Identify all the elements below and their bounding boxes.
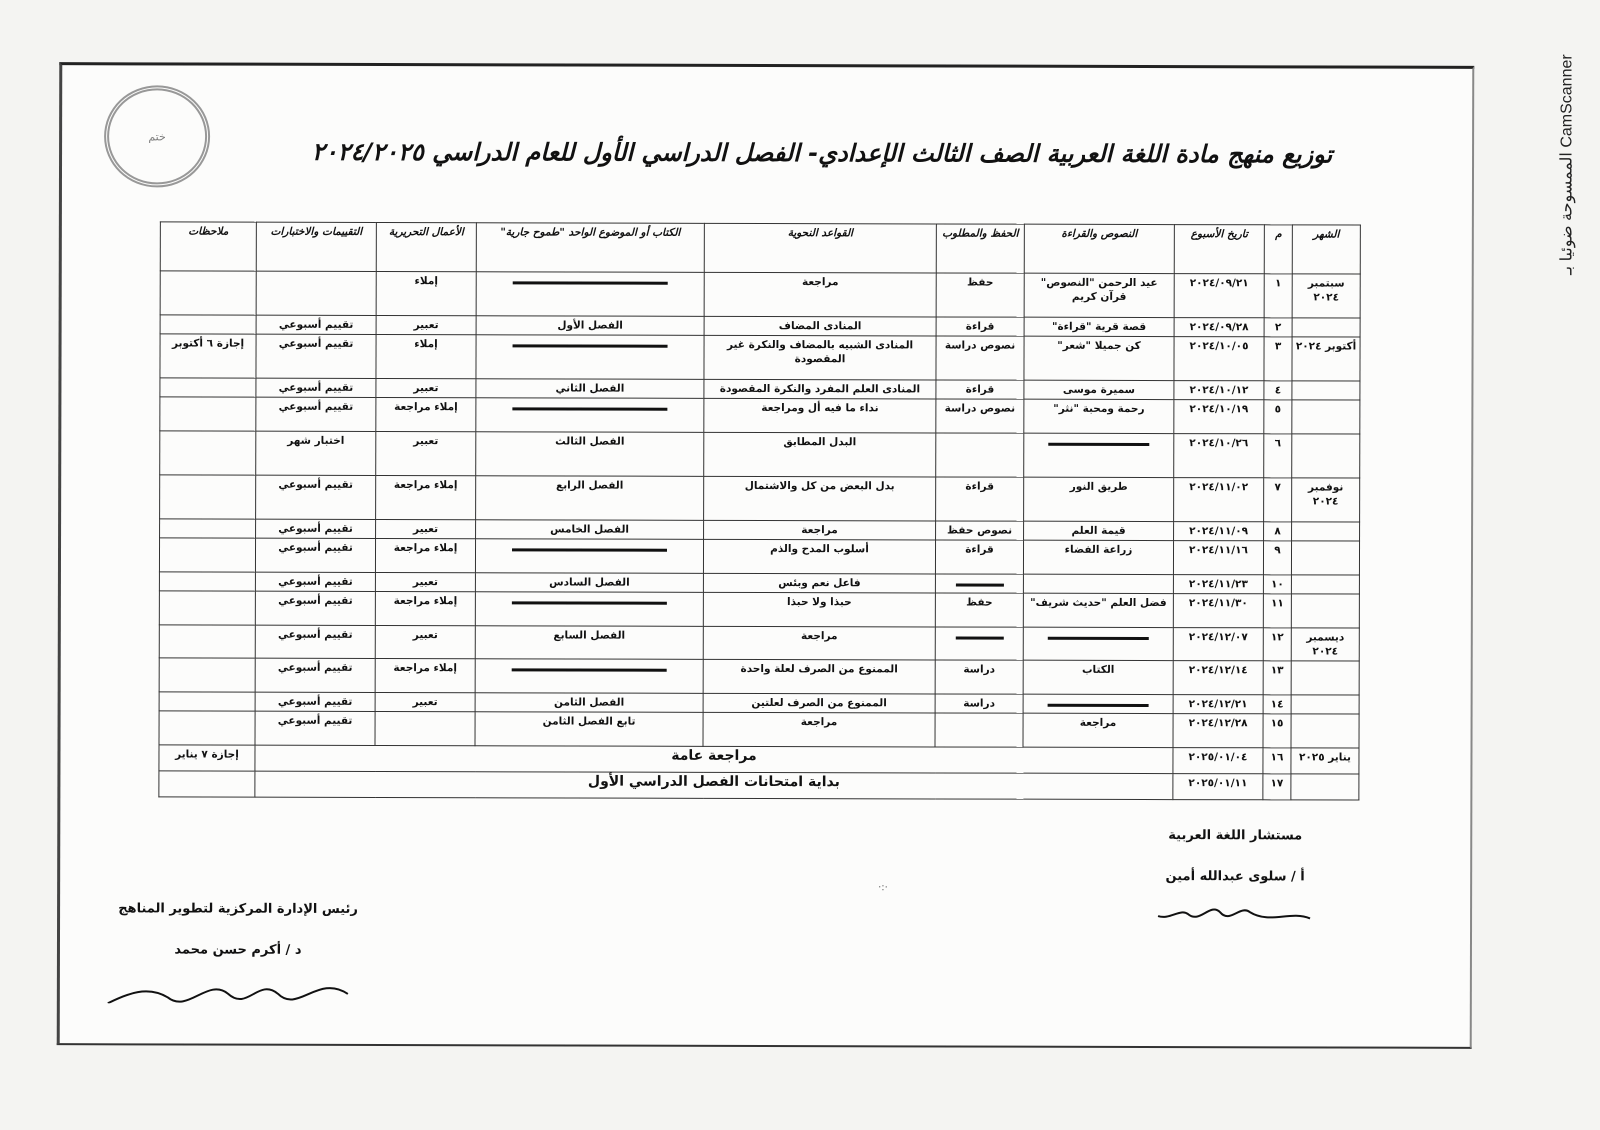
cell-writing: تعبير [375,692,475,711]
cell-book [475,659,703,694]
cell-writing: إملاء مراجعة [375,658,475,692]
cell-date: ٢٠٢٤/١٢/٠٧ [1173,628,1263,661]
cell-date: ٢٠٢٤/١٠/١٢ [1174,381,1264,400]
cell-date: ٢٠٢٤/١٠/١٩ [1174,400,1264,434]
cell-writing: تعبير [376,519,476,538]
cell-assessment: تقييم أسبوعي [255,625,375,658]
cell-date: ٢٠٢٤/١٠/٢٦ [1174,434,1264,478]
cell-grammar: مراجعة [704,520,936,540]
cell-texts: سميرة موسى [1024,380,1174,399]
cell-content: بداية امتحانات الفصل الدراسي الأول [255,771,1173,799]
cell-num: ١٢ [1263,628,1291,661]
cell-month [1291,714,1359,748]
cell-texts: طريق النور [1024,477,1174,521]
cell-grammar: حبذا ولا حبذا [703,592,935,627]
cell-type: دراسة [935,660,1023,694]
cell-grammar: نداء ما فيه أل ومراجعة [704,398,936,433]
cell-writing: إملاء مراجعة [375,591,475,625]
cell-type: قراءة [935,540,1023,574]
cell-type: حفظ [935,593,1023,627]
table-row: ١١٢٠٢٤/١١/٣٠فضل العلم "حديث شريف"حفظحبذا… [159,591,1359,628]
official-seal-icon: ختم [104,85,210,187]
cell-type [935,574,1023,593]
cell-assessment: تقييم أسبوعي [255,658,375,692]
cell-notes [159,591,255,625]
scanned-page: ختم توزيع منهج مادة اللغة العربية الصف ا… [57,62,1475,1049]
cell-texts: عيد الرحمن "النصوص" قرآن كريم [1024,273,1174,317]
header-num: م [1264,225,1292,274]
table-row: ٩٢٠٢٤/١١/١٦زراعة الفضاءقراءةأسلوب المدح … [159,538,1359,575]
cell-assessment: تقييم أسبوعي [256,397,376,431]
cell-book: الفصل الثاني [476,379,704,399]
cell-grammar: المنادى الشبيه بالمضاف والنكرة غير المقص… [704,335,936,380]
cell-notes [159,771,255,797]
cell-grammar: أسلوب المدح والذم [703,539,935,574]
empty-dash [1049,443,1149,446]
cell-book [476,398,704,433]
page-title: توزيع منهج مادة اللغة العربية الصف الثال… [302,138,1342,169]
empty-dash [512,548,667,551]
header-writing: الأعمال التحريرية [376,222,476,271]
table-header-row: الشهر م تاريخ الأسبوع النصوص والقراءة ال… [160,222,1360,274]
cell-month: يناير ٢٠٢٥ [1291,748,1359,774]
cell-type [935,627,1023,660]
cell-num: ٣ [1264,337,1292,381]
empty-dash [512,668,667,671]
cell-num: ٨ [1264,522,1292,541]
header-month: الشهر [1292,225,1360,274]
cell-writing: تعبير [375,572,475,591]
cell-num: ١٥ [1263,714,1291,748]
cell-month [1292,318,1360,337]
cell-type: دراسة [935,694,1023,713]
cell-texts: رحمة ومحبة "نثر" [1024,399,1174,433]
cell-book: الفصل الخامس [476,520,704,540]
empty-dash [513,281,668,284]
cell-book: تابع الفصل الثامن [475,712,703,747]
cell-notes [160,397,256,431]
cell-type: حفظ [936,273,1024,317]
cell-num: ١١ [1263,594,1291,628]
cell-num: ٥ [1264,400,1292,434]
table-row: ١٣٢٠٢٤/١٢/١٤الكتابدراسةالممنوع من الصرف … [159,658,1359,695]
empty-dash [1048,637,1148,640]
cell-texts: كن جميلا "شعر" [1024,336,1174,380]
cell-book [475,539,703,574]
cell-notes [159,711,255,745]
header-type: الحفظ والمطلوب [936,224,1024,273]
cell-grammar: مراجعة [704,272,936,317]
table-row: ٥٢٠٢٤/١٠/١٩رحمة ومحبة "نثر"نصوص دراسةندا… [160,397,1360,434]
empty-dash [1048,704,1148,707]
cell-notes [160,431,256,475]
cell-assessment: تقييم أسبوعي [256,475,376,519]
cell-month [1291,575,1359,594]
cell-type: قراءة [936,477,1024,521]
cell-notes: إجازة ٦ أكتوبر [160,334,256,378]
cell-type: قراءة [936,380,1024,399]
empty-dash [955,583,1003,586]
cell-num: ١٦ [1263,748,1291,774]
cell-notes [159,692,255,711]
cell-writing: إملاء مراجعة [376,397,476,431]
cell-month: أكتوبر ٢٠٢٤ [1292,337,1360,381]
cell-book [475,592,703,627]
cell-grammar: المنادى المضاف [704,316,936,336]
cell-date: ٢٠٢٤/١١/٠٩ [1174,522,1264,541]
scan-speck: ·:· [878,882,888,893]
table-row: نوفمبر ٢٠٢٤٧٢٠٢٤/١١/٠٢طريق النورقراءةبدل… [160,475,1360,522]
cell-writing: إملاء [376,334,476,378]
cell-grammar: فاعل نعم وبئس [703,573,935,593]
cell-book: الفصل الرابع [476,476,704,521]
cell-writing: تعبير [375,625,475,658]
cell-notes [160,475,256,519]
cell-num: ٢ [1264,318,1292,337]
empty-dash [955,636,1003,639]
header-texts: النصوص والقراءة [1024,224,1174,273]
cell-month [1291,695,1359,714]
cell-type [936,433,1024,477]
header-week-date: تاريخ الأسبوع [1174,225,1264,274]
cell-writing: إملاء مراجعة [376,475,476,519]
cell-book: الفصل السابع [475,626,703,660]
table-row: ١٥٢٠٢٤/١٢/٢٨مراجعةمراجعةتابع الفصل الثام… [159,711,1359,748]
cell-month [1292,522,1360,541]
header-grammar: القواعد النحوية [704,223,936,273]
cell-date: ٢٠٢٥/٠١/١١ [1173,774,1263,800]
cell-month [1292,400,1360,434]
cell-date: ٢٠٢٤/١١/٣٠ [1173,594,1263,628]
cell-month [1291,774,1359,800]
table-row-summary: ١٧٢٠٢٥/٠١/١١بداية امتحانات الفصل الدراسي… [159,771,1359,800]
cell-notes [159,658,255,692]
table-row: أكتوبر ٢٠٢٤٣٢٠٢٤/١٠/٠٥كن جميلا "شعر"نصوص… [160,334,1360,381]
cell-assessment [256,271,376,315]
cell-date: ٢٠٢٤/١١/٢٣ [1173,575,1263,594]
cell-date: ٢٠٢٤/١١/١٦ [1173,541,1263,575]
cell-texts [1023,694,1173,713]
cell-writing [375,711,475,745]
cell-notes [160,519,256,538]
cell-writing: إملاء [376,271,476,315]
cell-book [476,335,704,380]
cell-type: نصوص دراسة [936,336,1024,380]
cell-assessment: تقييم أسبوعي [255,591,375,625]
cell-grammar: البدل المطابق [704,432,936,477]
cell-assessment: تقييم أسبوعي [255,692,375,711]
cell-writing: تعبير [376,431,476,475]
cell-assessment: تقييم أسبوعي [255,711,375,745]
cell-num: ١٤ [1263,695,1291,714]
cell-writing: تعبير [376,378,476,397]
cell-notes [160,271,256,315]
cell-num: ٧ [1264,478,1292,522]
cell-texts: قصة قرية "قراءة" [1024,317,1174,336]
cell-type: نصوص دراسة [936,399,1024,433]
table-row: ٦٢٠٢٤/١٠/٢٦البدل المطابقالفصل الثالثتعبي… [160,431,1360,478]
cell-month: ديسمبر ٢٠٢٤ [1291,628,1359,661]
cell-month: نوفمبر ٢٠٢٤ [1292,478,1360,522]
cell-num: ١٧ [1263,774,1291,800]
cell-book: الفصل الأول [476,316,704,336]
cell-notes [160,378,256,397]
cell-month: سبتمبر ٢٠٢٤ [1292,274,1360,318]
handwritten-signature-icon [98,963,378,1004]
cell-assessment: تقييم أسبوعي [256,334,376,378]
signature-role: مستشار اللغة العربية [1150,828,1320,843]
cell-type: نصوص حفظ [936,521,1024,540]
handwritten-signature-icon [1150,890,1320,930]
cell-grammar: مراجعة [703,712,935,747]
cell-book: الفصل السادس [475,573,703,593]
cell-texts [1023,574,1173,593]
cell-month [1292,434,1360,478]
cell-assessment: اختبار شهر [256,431,376,475]
seal-label: ختم [148,130,165,143]
cell-date: ٢٠٢٤/١٢/٢١ [1173,695,1263,714]
empty-dash [513,344,668,347]
table-row-summary: يناير ٢٠٢٥١٦٢٠٢٥/٠١/٠٤مراجعة عامةإجازة ٧… [159,745,1359,774]
empty-dash [513,407,668,410]
cell-notes: إجازة ٧ يناير [159,745,255,771]
cell-content: مراجعة عامة [255,745,1173,773]
cell-assessment: تقييم أسبوعي [256,315,376,334]
signature-name: أ / سلوى عبدالله أمين [1150,869,1320,884]
table-row: ديسمبر ٢٠٢٤١٢٢٠٢٤/١٢/٠٧مراجعةالفصل الساب… [159,625,1359,661]
cell-book [476,272,704,317]
cell-assessment: تقييم أسبوعي [255,538,375,572]
header-notes: ملاحظات [160,222,256,271]
cell-date: ٢٠٢٤/١٠/٠٥ [1174,337,1264,381]
cell-date: ٢٠٢٤/١١/٠٢ [1174,478,1264,522]
signature-curriculum-head: رئيس الإدارة المركزية لتطوير المناهج د /… [98,901,378,1008]
cell-texts [1023,627,1173,660]
cell-num: ١٠ [1263,575,1291,594]
cell-num: ١٣ [1263,661,1291,695]
cell-texts: زراعة الفضاء [1023,540,1173,574]
cell-assessment: تقييم أسبوعي [256,378,376,397]
cell-month [1291,661,1359,695]
table-row: سبتمبر ٢٠٢٤١٢٠٢٤/٠٩/٢١عيد الرحمن "النصوص… [160,271,1360,318]
cell-assessment: تقييم أسبوعي [255,572,375,591]
cell-writing: إملاء مراجعة [375,538,475,572]
cell-month [1291,594,1359,628]
cell-date: ٢٠٢٤/٠٩/٢٨ [1174,318,1264,337]
cell-grammar: الممنوع من الصرف لعلتين [703,693,935,713]
cell-num: ٦ [1264,434,1292,478]
cell-date: ٢٠٢٤/١٢/٢٨ [1173,714,1263,748]
signature-name: د / أكرم حسن محمد [98,942,378,958]
cell-texts: فضل العلم "حديث شريف" [1023,593,1173,627]
empty-dash [512,601,667,604]
cell-type: قراءة [936,317,1024,336]
cell-texts [1024,433,1174,477]
header-book: الكتاب أو الموضوع الواحد "طموح جارية" [476,223,704,273]
cell-date: ٢٠٢٤/٠٩/٢١ [1174,274,1264,318]
curriculum-table: الشهر م تاريخ الأسبوع النصوص والقراءة ال… [158,221,1361,800]
cell-date: ٢٠٢٥/٠١/٠٤ [1173,748,1263,774]
cell-num: ٤ [1264,381,1292,400]
cell-notes [159,625,255,658]
cell-grammar: الممنوع من الصرف لعلة واحدة [703,659,935,694]
signature-arabic-consultant: مستشار اللغة العربية أ / سلوى عبدالله أم… [1150,828,1320,934]
cell-book: الفصل الثامن [475,693,703,713]
header-assessment: التقييمات والاختبارات [256,222,376,271]
cell-type [935,713,1023,747]
cell-grammar: المنادى العلم المفرد والنكرة المقصودة [704,379,936,399]
signature-role: رئيس الإدارة المركزية لتطوير المناهج [98,901,378,917]
cell-grammar: مراجعة [703,626,935,660]
cell-notes [160,315,256,334]
cell-month [1292,381,1360,400]
cell-grammar: بدل البعض من كل والاشتمال [704,476,936,521]
cell-notes [159,538,255,572]
cell-notes [159,572,255,591]
cell-texts: مراجعة [1023,713,1173,747]
cell-book: الفصل الثالث [476,432,704,477]
cell-date: ٢٠٢٤/١٢/١٤ [1173,661,1263,695]
cell-num: ٩ [1263,541,1291,575]
cell-num: ١ [1264,274,1292,318]
cell-month [1291,541,1359,575]
cell-texts: قيمة العلم [1024,521,1174,540]
camscanner-watermark: الممسوحة ضوئيا بـ CamScanner [1552,30,1582,300]
cell-writing: تعبير [376,315,476,334]
cell-assessment: تقييم أسبوعي [256,519,376,538]
cell-texts: الكتاب [1023,660,1173,694]
